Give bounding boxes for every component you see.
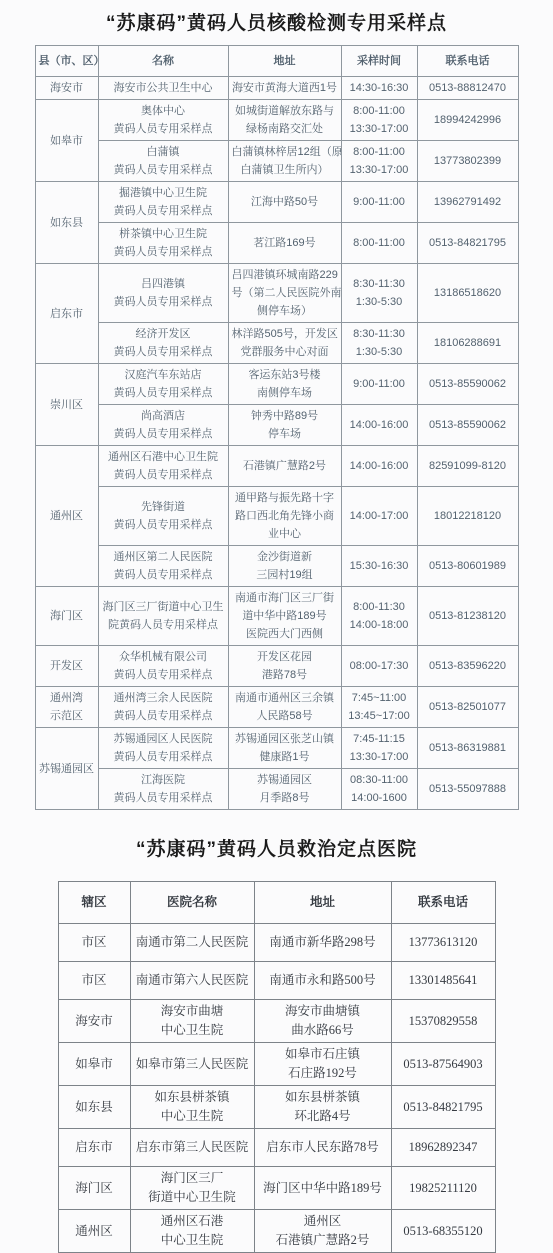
sampling-header-cell: 名称 [98, 46, 228, 77]
phone-cell-line: 18106288691 [421, 334, 515, 352]
district-cell-line: 市区 [62, 971, 127, 990]
county-cell: 苏锡通园区 [35, 728, 98, 810]
hospital-address-cell-line: 启东市人民东路78号 [258, 1138, 388, 1157]
sampling-row: 海安市海安市公共卫生中心海安市黄海大道西1号14:30-16:300513-88… [35, 77, 518, 100]
hospital-row: 市区南通市第六人民医院南通市永和路500号13301485641 [58, 962, 495, 1000]
hospital-address-cell: 南通市永和路500号 [254, 962, 391, 1000]
phone-cell-line: 0513-82501077 [421, 698, 515, 716]
address-cell-line: 客运东站3号楼 [232, 366, 338, 384]
phone-cell-line: 18994242996 [421, 111, 515, 129]
sampling-row: 栟茶镇中心卫生院黄码人员专用采样点茗江路169号8:00-11:000513-8… [35, 223, 518, 264]
site-name-cell-line: 黄码人员专用采样点 [102, 466, 225, 484]
phone-cell-line: 0513-83596220 [421, 657, 515, 675]
hospital-address-cell: 如东县栟茶镇环北路4号 [254, 1086, 391, 1129]
sampling-time-cell-line: 14:00-18:00 [345, 616, 414, 634]
phone-cell: 0513-83596220 [417, 646, 518, 687]
county-cell-line: 开发区 [39, 657, 95, 675]
sampling-header-cell: 联系电话 [417, 46, 518, 77]
county-cell-line: 海门区 [39, 607, 95, 625]
sampling-row: 如东县掘港镇中心卫生院黄码人员专用采样点江海中路50号9:00-11:00139… [35, 182, 518, 223]
county-cell-line: 通州区 [39, 507, 95, 525]
hospital-name-cell: 启东市第三人民医院 [130, 1129, 254, 1167]
hospital-phone-cell: 0513-84821795 [391, 1086, 495, 1129]
site-name-cell: 通州区第二人民医院黄码人员专用采样点 [98, 546, 228, 587]
hospitals-table: 辖区医院名称地址联系电话 市区南通市第二人民医院南通市新华路298号137736… [58, 881, 496, 1253]
address-cell: 茗江路169号 [228, 223, 341, 264]
address-cell-line: 道中华中路189号 [232, 607, 338, 625]
phone-cell-line: 0513-85590062 [421, 416, 515, 434]
site-name-cell-line: 先锋街道 [102, 498, 225, 516]
sampling-row: 如皋市奥体中心黄码人员专用采样点如城街道解放东路与绿杨南路交汇处8:00-11:… [35, 100, 518, 141]
hospital-address-cell-line: 如东县栟茶镇 [258, 1088, 388, 1107]
hospital-name-cell: 如东县栟茶镇中心卫生院 [130, 1086, 254, 1129]
district-cell-line: 启东市 [62, 1138, 127, 1157]
address-cell: 白蒲镇林梓居12组（原白蒲镇卫生所内） [228, 141, 341, 182]
hospital-address-cell-line: 环北路4号 [258, 1107, 388, 1126]
site-name-cell-line: 黄码人员专用采样点 [102, 243, 225, 261]
site-name-cell-line: 江海医院 [102, 771, 225, 789]
site-name-cell: 汉庭汽车东站店黄码人员专用采样点 [98, 364, 228, 405]
sampling-time-cell-line: 7:45~11:00 [345, 689, 414, 707]
hospital-address-cell-line: 石庄路192号 [258, 1064, 388, 1083]
hospital-name-cell-line: 南通市第六人民医院 [134, 971, 251, 990]
site-name-cell-line: 苏锡通园区人民医院 [102, 730, 225, 748]
address-cell-line: 南侧停车场 [232, 384, 338, 402]
phone-cell: 13962791492 [417, 182, 518, 223]
site-name-cell-line: 栟茶镇中心卫生院 [102, 225, 225, 243]
county-cell: 通州区 [35, 446, 98, 587]
sampling-time-cell: 08:00-17:30 [341, 646, 417, 687]
hospital-header-cell-line: 辖区 [62, 893, 127, 912]
county-cell-line: 示范区 [39, 707, 95, 725]
phone-cell: 13186518620 [417, 264, 518, 323]
site-name-cell: 经济开发区黄码人员专用采样点 [98, 323, 228, 364]
site-name-cell-line: 通州区第二人民医院 [102, 548, 225, 566]
county-cell-line: 如皋市 [39, 132, 95, 150]
sampling-points-header-row: 县（市、区）名称地址采样时间联系电话 [35, 46, 518, 77]
hospital-address-cell-line: 南通市永和路500号 [258, 971, 388, 990]
phone-cell: 0513-86319881 [417, 728, 518, 769]
hospital-name-cell: 通州区石港中心卫生院 [130, 1210, 254, 1253]
county-cell: 通州湾示范区 [35, 687, 98, 728]
sampling-time-cell: 7:45~11:0013:45~17:00 [341, 687, 417, 728]
address-cell: 钟秀中路89号停车场 [228, 405, 341, 446]
site-name-cell: 海安市公共卫生中心 [98, 77, 228, 100]
hospital-phone-cell-line: 19825211120 [395, 1179, 492, 1198]
hospital-address-cell: 如皋市石庄镇石庄路192号 [254, 1043, 391, 1086]
county-cell: 海门区 [35, 587, 98, 646]
district-cell-line: 如东县 [62, 1098, 127, 1117]
phone-cell-line: 0513-88812470 [421, 79, 515, 97]
address-cell-line: 石港镇广慧路2号 [232, 457, 338, 475]
sampling-time-cell-line: 14:00-16:00 [345, 457, 414, 475]
site-name-cell-line: 众华机械有限公司 [102, 648, 225, 666]
hospital-phone-cell-line: 13301485641 [395, 971, 492, 990]
sampling-points-title: “苏康码”黄码人员核酸检测专用采样点 [0, 8, 553, 35]
address-cell-line: 开发区花园 [232, 648, 338, 666]
county-cell-line: 通州湾 [39, 689, 95, 707]
hospital-name-cell-line: 通州区石港 [134, 1212, 251, 1231]
site-name-cell-line: 黄码人员专用采样点 [102, 120, 225, 138]
site-name-cell-line: 黄码人员专用采样点 [102, 384, 225, 402]
sampling-time-cell: 8:00-11:00 [341, 223, 417, 264]
phone-cell: 0513-84821795 [417, 223, 518, 264]
site-name-cell: 白蒲镇黄码人员专用采样点 [98, 141, 228, 182]
sampling-time-cell: 9:00-11:00 [341, 182, 417, 223]
site-name-cell-line: 院黄码人员专用采样点 [102, 616, 225, 634]
address-cell-line: 金沙街道新 [232, 548, 338, 566]
hospital-address-cell-line: 石港镇广慧路2号 [258, 1231, 388, 1250]
address-cell-line: 通甲路与振先路十字 [232, 489, 338, 507]
sampling-time-cell-line: 9:00-11:00 [345, 375, 414, 393]
phone-cell-line: 0513-55097888 [421, 780, 515, 798]
hospital-name-cell-line: 中心卫生院 [134, 1107, 251, 1126]
address-cell-line: 号（第二人民医院外南 [232, 284, 338, 302]
sampling-time-cell-line: 8:30-11:30 [345, 325, 414, 343]
hospital-address-cell-line: 海安市曲塘镇 [258, 1002, 388, 1021]
phone-cell: 0513-85590062 [417, 364, 518, 405]
address-cell-line: 吕四港镇环城南路229 [232, 266, 338, 284]
sampling-time-cell-line: 7:45-11:15 [345, 730, 414, 748]
hospital-header-cell: 地址 [254, 882, 391, 924]
district-cell-line: 如皋市 [62, 1055, 127, 1074]
site-name-cell-line: 黄码人员专用采样点 [102, 566, 225, 584]
hospital-phone-cell-line: 13773613120 [395, 933, 492, 952]
hospital-name-cell-line: 如皋市第三人民医院 [134, 1055, 251, 1074]
sampling-header-cell-line: 联系电话 [421, 52, 515, 70]
site-name-cell: 通州湾三余人民医院黄码人员专用采样点 [98, 687, 228, 728]
address-cell: 客运东站3号楼南侧停车场 [228, 364, 341, 405]
sampling-header-cell: 地址 [228, 46, 341, 77]
phone-cell: 13773802399 [417, 141, 518, 182]
address-cell-line: 路口西北角先锋小商 [232, 507, 338, 525]
site-name-cell-line: 黄码人员专用采样点 [102, 707, 225, 725]
address-cell-line: 三园村19组 [232, 566, 338, 584]
site-name-cell-line: 通州湾三余人民医院 [102, 689, 225, 707]
district-cell: 如东县 [58, 1086, 130, 1129]
address-cell-line: 如城街道解放东路与 [232, 102, 338, 120]
phone-cell-line: 0513-84821795 [421, 234, 515, 252]
hospital-phone-cell: 19825211120 [391, 1167, 495, 1210]
phone-cell: 18994242996 [417, 100, 518, 141]
site-name-cell: 奥体中心黄码人员专用采样点 [98, 100, 228, 141]
sampling-header-cell-line: 地址 [232, 52, 338, 70]
address-cell-line: 医院西大门西侧 [232, 625, 338, 643]
hospital-phone-cell: 13773613120 [391, 924, 495, 962]
sampling-row: 先锋街道黄码人员专用采样点通甲路与振先路十字路口西北角先锋小商业中心14:00-… [35, 487, 518, 546]
address-cell-line: 侧停车场） [232, 302, 338, 320]
sampling-row: 开发区众华机械有限公司黄码人员专用采样点开发区花园港路78号08:00-17:3… [35, 646, 518, 687]
sampling-time-cell-line: 14:00-1600 [345, 789, 414, 807]
hospital-phone-cell-line: 0513-84821795 [395, 1098, 492, 1117]
hospital-row: 海门区海门区三厂街道中心卫生院海门区中华中路189号19825211120 [58, 1167, 495, 1210]
phone-cell-line: 18012218120 [421, 507, 515, 525]
site-name-cell: 苏锡通园区人民医院黄码人员专用采样点 [98, 728, 228, 769]
sampling-header-cell-line: 县（市、区） [39, 52, 95, 70]
address-cell-line: 停车场 [232, 425, 338, 443]
sampling-time-cell-line: 8:00-11:00 [345, 143, 414, 161]
sampling-row: 通州区通州区石港中心卫生院黄码人员专用采样点石港镇广慧路2号14:00-16:0… [35, 446, 518, 487]
hospitals-header-row: 辖区医院名称地址联系电话 [58, 882, 495, 924]
hospital-header-cell: 联系电话 [391, 882, 495, 924]
phone-cell-line: 13186518620 [421, 284, 515, 302]
district-cell: 市区 [58, 962, 130, 1000]
sampling-time-cell-line: 13:45~17:00 [345, 707, 414, 725]
sampling-row: 尚高酒店黄码人员专用采样点钟秀中路89号停车场14:00-16:000513-8… [35, 405, 518, 446]
county-cell-line: 崇川区 [39, 396, 95, 414]
site-name-cell-line: 黄码人员专用采样点 [102, 748, 225, 766]
county-cell: 如东县 [35, 182, 98, 264]
sampling-header-cell-line: 采样时间 [345, 52, 414, 70]
hospital-name-cell: 南通市第六人民医院 [130, 962, 254, 1000]
hospital-address-cell-line: 南通市新华路298号 [258, 933, 388, 952]
site-name-cell: 先锋街道黄码人员专用采样点 [98, 487, 228, 546]
hospital-name-cell: 南通市第二人民医院 [130, 924, 254, 962]
district-cell-line: 海门区 [62, 1179, 127, 1198]
site-name-cell: 吕四港镇黄码人员专用采样点 [98, 264, 228, 323]
hospital-row: 市区南通市第二人民医院南通市新华路298号13773613120 [58, 924, 495, 962]
sampling-time-cell-line: 8:00-11:00 [345, 234, 414, 252]
sampling-header-cell: 采样时间 [341, 46, 417, 77]
address-cell-line: 海安市黄海大道西1号 [232, 79, 338, 97]
sampling-row: 崇川区汉庭汽车东站店黄码人员专用采样点客运东站3号楼南侧停车场9:00-11:0… [35, 364, 518, 405]
site-name-cell-line: 黄码人员专用采样点 [102, 789, 225, 807]
sampling-time-cell-line: 14:00-17:00 [345, 507, 414, 525]
site-name-cell-line: 掘港镇中心卫生院 [102, 184, 225, 202]
district-cell: 海安市 [58, 1000, 130, 1043]
address-cell-line: 茗江路169号 [232, 234, 338, 252]
sampling-time-cell: 8:00-11:0013:30-17:00 [341, 141, 417, 182]
county-cell: 开发区 [35, 646, 98, 687]
address-cell-line: 人民路58号 [232, 707, 338, 725]
hospital-name-cell-line: 街道中心卫生院 [134, 1188, 251, 1207]
phone-cell: 0513-80601989 [417, 546, 518, 587]
hospital-name-cell-line: 中心卫生院 [134, 1021, 251, 1040]
address-cell: 南通市海门区三厂街道中华中路189号医院西大门西侧 [228, 587, 341, 646]
district-cell: 启东市 [58, 1129, 130, 1167]
address-cell: 江海中路50号 [228, 182, 341, 223]
district-cell-line: 海安市 [62, 1012, 127, 1031]
phone-cell: 0513-81238120 [417, 587, 518, 646]
hospital-address-cell-line: 海门区中华中路189号 [258, 1179, 388, 1198]
sampling-time-cell: 15:30-16:30 [341, 546, 417, 587]
phone-cell: 0513-88812470 [417, 77, 518, 100]
address-cell-line: 白蒲镇林梓居12组（原 [232, 143, 338, 161]
hospital-phone-cell-line: 0513-68355120 [395, 1222, 492, 1241]
hospital-name-cell-line: 南通市第二人民医院 [134, 933, 251, 952]
hospital-row: 启东市启东市第三人民医院启东市人民东路78号18962892347 [58, 1129, 495, 1167]
district-cell: 市区 [58, 924, 130, 962]
site-name-cell: 栟茶镇中心卫生院黄码人员专用采样点 [98, 223, 228, 264]
site-name-cell: 尚高酒店黄码人员专用采样点 [98, 405, 228, 446]
phone-cell: 0513-55097888 [417, 769, 518, 810]
sampling-time-cell-line: 1:30-5:30 [345, 293, 414, 311]
sampling-time-cell: 7:45-11:1513:30-17:00 [341, 728, 417, 769]
hospital-header-cell-line: 联系电话 [395, 893, 492, 912]
sampling-time-cell-line: 15:30-16:30 [345, 557, 414, 575]
phone-cell: 82591099-8120 [417, 446, 518, 487]
hospital-row: 海安市海安市曲塘中心卫生院海安市曲塘镇曲水路66号15370829558 [58, 1000, 495, 1043]
sampling-time-cell-line: 08:00-17:30 [345, 657, 414, 675]
phone-cell-line: 13773802399 [421, 152, 515, 170]
sampling-time-cell: 14:00-16:00 [341, 405, 417, 446]
address-cell-line: 党群服务中心对面 [232, 343, 338, 361]
hospital-address-cell: 启东市人民东路78号 [254, 1129, 391, 1167]
address-cell: 苏锡通园区张芝山镇健康路1号 [228, 728, 341, 769]
address-cell-line: 健康路1号 [232, 748, 338, 766]
hospital-row: 如东县如东县栟茶镇中心卫生院如东县栟茶镇环北路4号0513-84821795 [58, 1086, 495, 1129]
address-cell-line: 苏锡通园区 [232, 771, 338, 789]
hospital-header-cell: 辖区 [58, 882, 130, 924]
site-name-cell-line: 黄码人员专用采样点 [102, 293, 225, 311]
address-cell: 吕四港镇环城南路229号（第二人民医院外南侧停车场） [228, 264, 341, 323]
sampling-row: 通州区第二人民医院黄码人员专用采样点金沙街道新三园村19组15:30-16:30… [35, 546, 518, 587]
sampling-time-cell: 8:00-11:0013:30-17:00 [341, 100, 417, 141]
hospital-phone-cell: 15370829558 [391, 1000, 495, 1043]
site-name-cell-line: 海安市公共卫生中心 [102, 79, 225, 97]
district-cell: 如皋市 [58, 1043, 130, 1086]
sampling-row: 苏锡通园区苏锡通园区人民医院黄码人员专用采样点苏锡通园区张芝山镇健康路1号7:4… [35, 728, 518, 769]
county-cell: 海安市 [35, 77, 98, 100]
hospital-phone-cell: 0513-87564903 [391, 1043, 495, 1086]
address-cell-line: 业中心 [232, 525, 338, 543]
sampling-time-cell-line: 9:00-11:00 [345, 193, 414, 211]
address-cell: 如城街道解放东路与绿杨南路交汇处 [228, 100, 341, 141]
hospital-header-cell-line: 地址 [258, 893, 388, 912]
site-name-cell-line: 奥体中心 [102, 102, 225, 120]
hospital-address-cell-line: 通州区 [258, 1212, 388, 1231]
sampling-time-cell-line: 8:00-11:00 [345, 102, 414, 120]
sampling-time-cell: 8:30-11:301:30-5:30 [341, 264, 417, 323]
county-cell-line: 苏锡通园区 [39, 760, 95, 778]
sampling-row: 白蒲镇黄码人员专用采样点白蒲镇林梓居12组（原白蒲镇卫生所内）8:00-11:0… [35, 141, 518, 182]
hospital-name-cell: 海安市曲塘中心卫生院 [130, 1000, 254, 1043]
sampling-header-cell-line: 名称 [102, 52, 225, 70]
site-name-cell: 众华机械有限公司黄码人员专用采样点 [98, 646, 228, 687]
district-cell-line: 通州区 [62, 1222, 127, 1241]
sampling-time-cell: 8:00-11:3014:00-18:00 [341, 587, 417, 646]
sampling-time-cell: 14:30-16:30 [341, 77, 417, 100]
address-cell-line: 南通市通州区三余镇 [232, 689, 338, 707]
sampling-row: 经济开发区黄码人员专用采样点林洋路505号，开发区党群服务中心对面8:30-11… [35, 323, 518, 364]
site-name-cell-line: 汉庭汽车东站店 [102, 366, 225, 384]
county-cell: 如皋市 [35, 100, 98, 182]
hospital-name-cell-line: 海安市曲塘 [134, 1002, 251, 1021]
hospital-address-cell: 海门区中华中路189号 [254, 1167, 391, 1210]
phone-cell-line: 13962791492 [421, 193, 515, 211]
sampling-header-cell: 县（市、区） [35, 46, 98, 77]
site-name-cell-line: 黄码人员专用采样点 [102, 666, 225, 684]
hospital-name-cell-line: 启东市第三人民医院 [134, 1138, 251, 1157]
address-cell-line: 白蒲镇卫生所内） [232, 161, 338, 179]
sampling-time-cell-line: 8:30-11:30 [345, 275, 414, 293]
sampling-time-cell-line: 14:00-16:00 [345, 416, 414, 434]
hospital-name-cell-line: 如东县栟茶镇 [134, 1088, 251, 1107]
sampling-time-cell-line: 8:00-11:30 [345, 598, 414, 616]
phone-cell: 0513-82501077 [417, 687, 518, 728]
sampling-time-cell-line: 13:30-17:00 [345, 120, 414, 138]
address-cell: 海安市黄海大道西1号 [228, 77, 341, 100]
sampling-time-cell-line: 1:30-5:30 [345, 343, 414, 361]
phone-cell-line: 0513-85590062 [421, 375, 515, 393]
hospital-phone-cell-line: 18962892347 [395, 1138, 492, 1157]
site-name-cell-line: 尚高酒店 [102, 407, 225, 425]
site-name-cell-line: 黄码人员专用采样点 [102, 343, 225, 361]
sampling-time-cell-line: 13:30-17:00 [345, 748, 414, 766]
sampling-row: 启东市吕四港镇黄码人员专用采样点吕四港镇环城南路229号（第二人民医院外南侧停车… [35, 264, 518, 323]
address-cell-line: 江海中路50号 [232, 193, 338, 211]
county-cell: 崇川区 [35, 364, 98, 446]
sampling-time-cell-line: 14:30-16:30 [345, 79, 414, 97]
phone-cell: 0513-85590062 [417, 405, 518, 446]
address-cell: 苏锡通园区月季路8号 [228, 769, 341, 810]
address-cell: 南通市通州区三余镇人民路58号 [228, 687, 341, 728]
site-name-cell-line: 吕四港镇 [102, 275, 225, 293]
hospital-row: 如皋市如皋市第三人民医院如皋市石庄镇石庄路192号0513-87564903 [58, 1043, 495, 1086]
hospital-phone-cell: 13301485641 [391, 962, 495, 1000]
address-cell-line: 港路78号 [232, 666, 338, 684]
hospital-name-cell: 海门区三厂街道中心卫生院 [130, 1167, 254, 1210]
address-cell-line: 绿杨南路交汇处 [232, 120, 338, 138]
district-cell-line: 市区 [62, 933, 127, 952]
hospital-row: 通州区通州区石港中心卫生院通州区石港镇广慧路2号0513-68355120 [58, 1210, 495, 1253]
sampling-points-table: 县（市、区）名称地址采样时间联系电话 海安市海安市公共卫生中心海安市黄海大道西1… [35, 45, 519, 810]
address-cell-line: 钟秀中路89号 [232, 407, 338, 425]
address-cell-line: 苏锡通园区张芝山镇 [232, 730, 338, 748]
county-cell-line: 如东县 [39, 214, 95, 232]
address-cell: 金沙街道新三园村19组 [228, 546, 341, 587]
document-page: “苏康码”黄码人员核酸检测专用采样点 县（市、区）名称地址采样时间联系电话 海安… [0, 0, 553, 1253]
sampling-row: 通州湾示范区通州湾三余人民医院黄码人员专用采样点南通市通州区三余镇人民路58号7… [35, 687, 518, 728]
county-cell-line: 启东市 [39, 305, 95, 323]
sampling-time-cell-line: 08:30-11:00 [345, 771, 414, 789]
address-cell: 石港镇广慧路2号 [228, 446, 341, 487]
site-name-cell-line: 通州区石港中心卫生院 [102, 448, 225, 466]
hospital-address-cell: 南通市新华路298号 [254, 924, 391, 962]
site-name-cell-line: 黄码人员专用采样点 [102, 202, 225, 220]
address-cell-line: 林洋路505号，开发区 [232, 325, 338, 343]
site-name-cell-line: 黄码人员专用采样点 [102, 161, 225, 179]
sampling-time-cell-line: 13:30-17:00 [345, 161, 414, 179]
hospital-name-cell-line: 中心卫生院 [134, 1231, 251, 1250]
hospitals-title: “苏康码”黄码人员救治定点医院 [0, 834, 553, 861]
address-cell: 林洋路505号，开发区党群服务中心对面 [228, 323, 341, 364]
hospital-name-cell: 如皋市第三人民医院 [130, 1043, 254, 1086]
site-name-cell: 江海医院黄码人员专用采样点 [98, 769, 228, 810]
address-cell-line: 南通市海门区三厂街 [232, 589, 338, 607]
address-cell: 开发区花园港路78号 [228, 646, 341, 687]
hospital-phone-cell: 18962892347 [391, 1129, 495, 1167]
site-name-cell-line: 黄码人员专用采样点 [102, 516, 225, 534]
county-cell-line: 海安市 [39, 79, 95, 97]
hospital-address-cell: 通州区石港镇广慧路2号 [254, 1210, 391, 1253]
site-name-cell-line: 黄码人员专用采样点 [102, 425, 225, 443]
site-name-cell-line: 白蒲镇 [102, 143, 225, 161]
sampling-time-cell: 9:00-11:00 [341, 364, 417, 405]
site-name-cell-line: 海门区三厂街道中心卫生 [102, 598, 225, 616]
sampling-row: 海门区海门区三厂街道中心卫生院黄码人员专用采样点南通市海门区三厂街道中华中路18… [35, 587, 518, 646]
address-cell-line: 月季路8号 [232, 789, 338, 807]
site-name-cell: 海门区三厂街道中心卫生院黄码人员专用采样点 [98, 587, 228, 646]
hospital-address-cell: 海安市曲塘镇曲水路66号 [254, 1000, 391, 1043]
district-cell: 通州区 [58, 1210, 130, 1253]
sampling-time-cell: 14:00-17:00 [341, 487, 417, 546]
district-cell: 海门区 [58, 1167, 130, 1210]
sampling-time-cell: 14:00-16:00 [341, 446, 417, 487]
phone-cell-line: 0513-80601989 [421, 557, 515, 575]
hospital-address-cell-line: 曲水路66号 [258, 1021, 388, 1040]
address-cell: 通甲路与振先路十字路口西北角先锋小商业中心 [228, 487, 341, 546]
